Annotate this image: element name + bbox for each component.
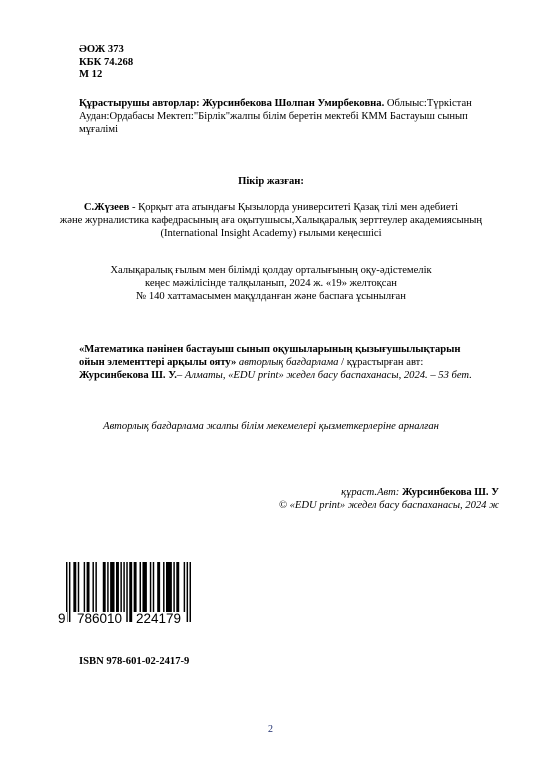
reviewer-affiliation: - Қорқыт ата атындағы Қызылорда универси… <box>129 202 458 213</box>
reviewer-council: (International Insight Academy) ғылыми к… <box>0 227 542 240</box>
citation-compiled-by: / құрастырған авт: <box>338 357 423 368</box>
citation-author: Журсинбекова Ш. У. <box>79 370 177 381</box>
citation-title-line-1: «Математика пәнінен бастауыш сынып оқушы… <box>79 343 461 356</box>
citation-type: авторлық бағдарлама <box>236 357 338 368</box>
classification-codes: ӘОЖ 373 КБК 74.268 М 12 <box>79 44 133 82</box>
udc-code: ӘОЖ 373 <box>79 44 133 57</box>
page-number: 2 <box>268 723 273 736</box>
approval-line-2: кеңес мәжілісінде талқыланып, 2024 ж. «1… <box>0 277 542 290</box>
compilers-school: Аудан:Ордабасы Мектеп:"Бірлік"жалпы білі… <box>79 110 468 123</box>
reviewer-name: С.Жүзеев <box>84 202 129 213</box>
reviewer-heading: Пікір жазған: <box>0 175 542 188</box>
barcode-group-2: 224179 <box>135 612 182 626</box>
compiled-label: құраст.Авт: <box>341 487 399 498</box>
compiled-name: Журсинбекова Ш. У <box>399 487 499 498</box>
compilers-role: мұғалімі <box>79 123 118 136</box>
citation-title-line-2: ойын элементтері арқылы ояту» <box>79 357 236 368</box>
approval-line-1: Халықаралық ғылым мен білімді қолдау орт… <box>0 264 542 277</box>
compilers-region: Облыыс:Түркістан <box>384 98 472 109</box>
citation-publisher: – Алматы, «EDU print» жедел басу баспаха… <box>177 370 472 381</box>
lbc-code: КБК 74.268 <box>79 57 133 70</box>
barcode-digit-first: 9 <box>57 612 67 626</box>
copyright-line: © «EDU print» жедел басу баспаханасы, 20… <box>279 499 499 512</box>
approval-line-3: № 140 хаттамасымен мақұлданған және басп… <box>0 290 542 303</box>
compilers-label: Құрастырушы авторлар: Журсинбекова Шолпа… <box>79 98 384 109</box>
reviewer-position: және журналистика кафедрасының аға оқыту… <box>0 214 542 227</box>
audience-note: Авторлық бағдарлама жалпы білім мекемеле… <box>0 420 542 433</box>
author-mark: М 12 <box>79 69 133 82</box>
barcode-group-1: 786010 <box>76 612 123 626</box>
isbn: ISBN 978-601-02-2417-9 <box>79 655 189 668</box>
